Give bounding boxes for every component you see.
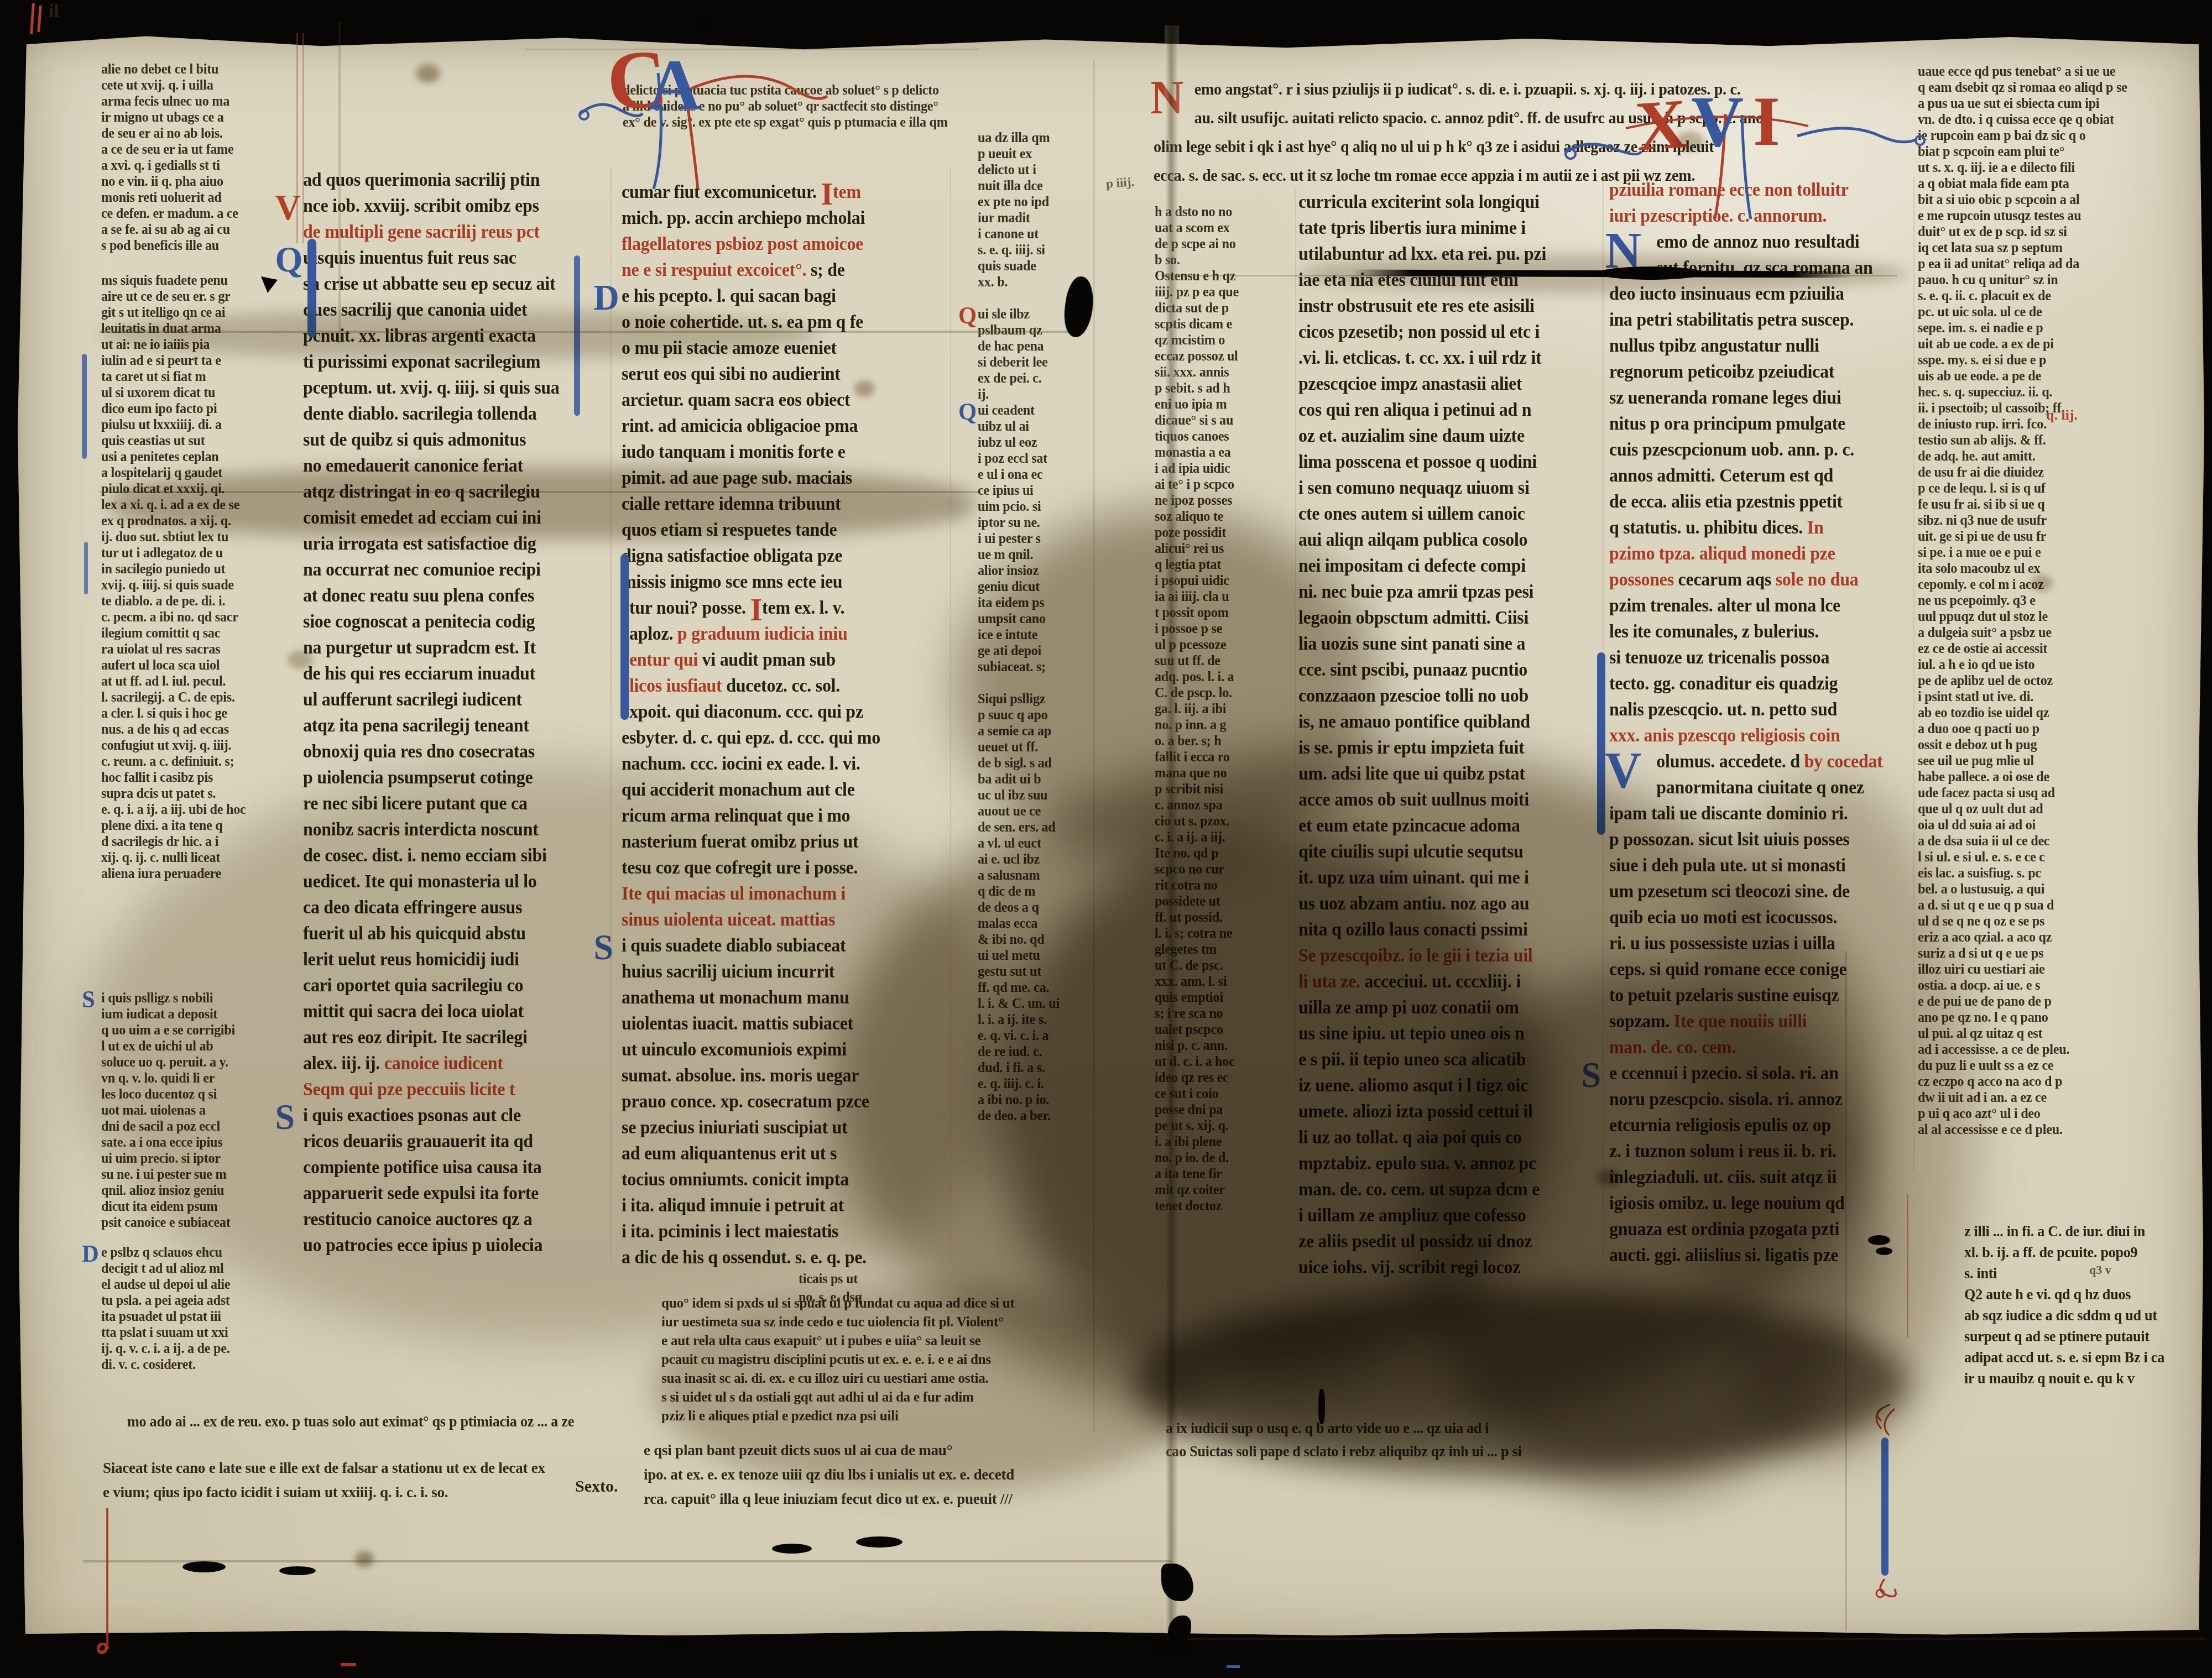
text-run: sate. a i ona ecce ipius [101, 1135, 222, 1150]
text-line: i ita. aliqud imnuie i petruit at [622, 1196, 939, 1222]
text-run: ipam tali ue discante dominio ri. [1609, 804, 1848, 824]
text-line: piulo dicat et xxxij. qi. [101, 482, 286, 498]
small-stain-spot [668, 1635, 685, 1649]
text-line: piulsu ut lxxxiiij. di. a [101, 417, 286, 433]
text-run: se pzecius iniuriati suscipiat ut [622, 1118, 847, 1138]
parchment-slit [279, 1566, 316, 1575]
text-run: to petuit pzelaris sustine euisqz [1609, 986, 1839, 1006]
text-run: arcietur. quam sacra eos obiect [622, 390, 850, 410]
text-run: dicaue° si s au [1155, 413, 1233, 428]
text-line: a semie ca ap [978, 724, 1088, 740]
text-run: p ea ii ad unitat° reliqa ad da [1918, 257, 2079, 271]
text-line: no emedauerit canonice feriat [303, 456, 599, 482]
text-line: ri. u ius possessiste uzias i uilla [1609, 934, 1903, 960]
text-line: sate. a i ona ecce ipius [101, 1135, 286, 1151]
text-run: xvij. q. iiij. si quis suade [101, 578, 234, 593]
text-run: vn q. v. lo. quidi li er [101, 1071, 215, 1086]
text-run: tocius omniumts. conicit impta [622, 1170, 849, 1190]
text-line: igiosis omibz. u. lege nouium qd [1609, 1194, 1903, 1220]
text-line: iz uene. aliomo asqut i l tigz oic [1298, 1076, 1590, 1102]
text-run: is, ne amauo pontifice quibland [1298, 712, 1530, 732]
text-line: missis inigmo sce mns ecte ieu [622, 572, 939, 598]
text-line: at ut ff. ad l. iul. pecul. [101, 674, 286, 690]
text-line: cz eczpo q acco na aco d p [1918, 1074, 2189, 1090]
text-line: tate tpris libertis iura minime i [1298, 218, 1590, 244]
text-line: C. de pscp. lo. [1155, 686, 1284, 702]
text-line: ita psuadet ul pstat iii [101, 1309, 286, 1325]
text-line: ti purissimi exponat sacrilegium [303, 352, 599, 378]
text-line: ad eum aliquantenus erit ut s [622, 1144, 939, 1170]
text-line: c. annoz spa [1155, 798, 1284, 814]
text-run: malas ecca [978, 916, 1037, 931]
text-line: iulin ad e si peurt ta e [101, 353, 286, 369]
text-line: i. a ibi plene [1155, 1135, 1284, 1151]
text-line: ce ipius ui [978, 483, 1088, 499]
text-line: a pus ua ue sut ei sbiecta cum ipi [1918, 96, 2189, 112]
text-run: possidete ut [1155, 894, 1220, 909]
text-run: ce defen. er madum. a ce [101, 206, 238, 221]
text-line: Vnce iob. xxviij. scribit omibz eps [303, 196, 599, 222]
text-run: c. i. a ij. a iij. [1155, 830, 1225, 845]
text-line: Quisquis inuentus fuit reus sac [303, 248, 599, 274]
red-ink-run: flagellatores psbioz post amoicoe [622, 234, 863, 254]
text-line: uo patrocies ecce ipius p uiolecia [303, 1236, 599, 1262]
text-line: alicui° rei us [1155, 541, 1284, 557]
text-line: nasterium fuerat omibz prius ut [622, 832, 939, 858]
text-run: ff. ut possid. [1155, 910, 1223, 925]
text-line: aut res eoz diripit. Ite sacrilegi [303, 1028, 599, 1054]
text-run: l. i. s; cotra ne [1155, 926, 1233, 941]
blue-paraph-bar [574, 255, 580, 416]
text-run: z illi ... in fi. a C. de iur. diui in [1964, 1223, 2145, 1240]
text-run: a ce de seu er ia ut fame [101, 142, 233, 157]
text-line: cte ones autem si uillem canoic [1298, 504, 1590, 530]
text-run: uo patrocies ecce ipius p uiolecia [303, 1236, 542, 1256]
frame-ruling [1295, 188, 1296, 1266]
red-ink-run: sole no dua [1776, 570, 1859, 590]
text-line: nita q ozillo laus conacti pssimi [1298, 920, 1590, 946]
text-line: Siqui pslligz [978, 692, 1088, 708]
small-stain-spot [1676, 132, 1704, 151]
text-run: q dic de m [978, 884, 1035, 899]
text-run: pimit. ad aue page sub. maciais [622, 468, 852, 488]
text-line: eccaz possoz ul [1155, 349, 1284, 365]
text-run: ij. q. v. c. i. a ij. a de pe. [101, 1341, 229, 1356]
text-run: sumat. absolue. ins. moris uegar [622, 1066, 859, 1086]
red-ink-run: possones [1609, 570, 1678, 590]
text-line: cicos pzesetib; non possid ul etc i [1298, 322, 1590, 348]
parchment-hole [1155, 1640, 1193, 1654]
text-line: xij. q. ij. c. nulli liceat [101, 850, 286, 866]
text-run: ude facez pacta si usq ad [1918, 786, 2055, 801]
text-line: ad i accessisse. a ce de pleu. [1918, 1042, 2189, 1058]
text-run: i ita. pciminis i lect maiestatis [622, 1222, 838, 1242]
text-run: nonibz sacris interdicta noscunt [303, 820, 539, 840]
text-line: ice e intute [978, 628, 1088, 644]
text-line: mpztabiz. epulo sua. v. annoz pc [1298, 1154, 1590, 1180]
red-ink-run: Q [958, 304, 977, 328]
text-run: suriz a d si ut q e ue ps [1918, 946, 2043, 961]
text-run: cio ut s. pzox. [1155, 814, 1229, 829]
text-line: man. de. co. cem. ut supza dcm e [1298, 1180, 1590, 1206]
text-run: i. a ibi plene [1155, 1135, 1222, 1149]
text-line: nus. a de his q ad eccas [101, 722, 286, 738]
red-ink-run: by cocedat [1804, 752, 1882, 772]
text-run: uit ab ue code. a ex de pi [1918, 337, 2054, 352]
text-line: compiente potifice uisa causa ita [303, 1158, 599, 1184]
text-run: dicut ita eidem psum [101, 1199, 217, 1214]
text-run: a semie ca ap [978, 724, 1051, 739]
text-line: ceps. si quid romane ecce conige [1609, 960, 1903, 986]
text-line: ueuet ut ff. [978, 740, 1088, 756]
text-line: tocius omniumts. conicit impta [622, 1170, 939, 1196]
text-run: rint. ad amicicia obligacioe pma [622, 416, 858, 436]
text-run: igiosis omibz. u. lege nouium qd [1609, 1194, 1845, 1214]
text-run: decigit t ad ul alioz ml [101, 1261, 223, 1276]
text-run: nus. a de his q ad eccas [101, 722, 229, 737]
text-line: iptor su ne. [978, 515, 1088, 531]
text-run: iur uestimeta sua sz inde cedo e tuc uio… [661, 1314, 1004, 1330]
text-line: uc ul ibz suu [978, 788, 1088, 804]
text-line: sn crise ut abbatte seu ep secuz ait [303, 274, 599, 300]
marginal-q-v: q3 v [2089, 1263, 2111, 1277]
text-run: s; de [811, 260, 845, 280]
text-run: e. q. vi. c. i. a [978, 1028, 1048, 1043]
text-line: ul pui. al qz uitaz q est [1918, 1026, 2189, 1042]
text-line: to petuit pzelaris sustine euisqz [1609, 986, 1903, 1012]
text-run: iq cet lata sua sz p septum [1918, 241, 2063, 255]
text-line: sibz. ni q3 nue de usufr [1918, 513, 2189, 529]
text-run: sz ueneranda romane leges diui [1609, 388, 1841, 408]
text-run: li uz ao tollat. q aia poi quis co [1298, 1128, 1522, 1148]
text-line: se pzecius iniuriati suscipiat ut [622, 1118, 939, 1144]
text-line: pcauit cu magistru disciplini pcutis ut … [661, 1351, 1147, 1370]
text-run: cao Suictas soli pape d sclato i rebz al… [1166, 1443, 1521, 1460]
text-line: lex a xi. q. i. ad a ex de se [101, 498, 286, 514]
text-line: ques sacrilij que canonia uidet [303, 300, 599, 326]
text-run: sopzam. [1609, 1012, 1674, 1032]
text-run: testio sun ab alijs. & ff. [1918, 433, 2046, 448]
red-ink-run: xxx. anis pzescqo religiosis coin [1609, 726, 1840, 746]
text-line: xxx. anis pzescqo religiosis coin [1609, 726, 1903, 752]
text-line: rint. ad amicicia obligacioe pma [622, 416, 939, 442]
text-line: c. i. a ij. a iij. [1155, 830, 1284, 846]
text-line: pe ut s. xij. q. [1155, 1118, 1284, 1135]
text-line: lerit uelut reus homicidij iudi [303, 950, 599, 976]
text-run: qz mcistim o [1155, 333, 1225, 348]
text-line: flagellatores psbioz post amoicoe [622, 234, 939, 260]
text-run: p sebit. s ad h [1155, 381, 1230, 396]
text-line: uibz ul ai [978, 419, 1088, 435]
blue-ink-run: Q [275, 242, 303, 278]
text-run: nei impositam ci defecte compi [1298, 556, 1526, 576]
text-line: ideo qz res ec [1155, 1070, 1284, 1086]
text-line: Se ccennui i pzecio. si sola. ri. an [1609, 1064, 1903, 1090]
text-line: c. reum. a c. definiuit. s; [101, 754, 286, 770]
text-line: de seu er ai no ab lois. [101, 126, 286, 142]
text-line: uiolentas iuacit. mattis subiacet [622, 1014, 939, 1040]
text-line: ga. l. iij. a ibi [1155, 702, 1284, 718]
text-run: subiaceat. s; [978, 660, 1046, 675]
red-ink-run: V [275, 190, 301, 226]
text-line: ad quos querimonia sacrilij ptin [303, 170, 599, 196]
text-run: que ul q oz uult dut ad [1918, 802, 2043, 817]
text-run: p ueuit ex [978, 147, 1032, 161]
text-line: o. a ber. s; h [1155, 734, 1284, 750]
text-run: anathema ut monachum manu [622, 988, 849, 1008]
text-run: ab sqz iudice a dic sddm q ud ut [1964, 1307, 2157, 1324]
text-run: no e vin. ii q. pha aiuo [101, 174, 223, 189]
blue-ink-run: S [594, 929, 613, 966]
text-run: ricum arma relinquat que i mo [622, 806, 850, 826]
parchment-hole [1876, 1247, 1892, 1255]
text-line: psit canoice e subiaceat [101, 1215, 286, 1231]
text-line: tta pslat i suuam ut xxi [101, 1325, 286, 1341]
text-run: ii. i psectoib; ul cassoib; ff. [1918, 401, 2064, 416]
small-stain-spot [854, 380, 874, 397]
text-line: sepe. im. s. ei nadie e p [1918, 321, 2189, 337]
text-run: s. e. q. iiij. si [978, 243, 1045, 258]
text-line: ul si uxorem dicat tu [101, 385, 286, 401]
text-run: suu ut ff. de [1155, 654, 1220, 668]
text-line: vn. de dto. i q cuissa ecce qe q obiat [1918, 112, 2189, 128]
text-line: is, ne amauo pontifice quibland [1298, 712, 1590, 738]
text-run: ul aufferunt sacrilegi iudicent [303, 690, 522, 710]
text-run: e me rupcoin utusqz testes au [1918, 208, 2081, 223]
text-run: comisit emedet ad ecciam cui ini [303, 508, 541, 528]
text-run: surpeut q ad se ptinere putauit [1964, 1328, 2150, 1345]
text-run: uria irrogata est satisfactioe dig [303, 534, 536, 554]
text-line: ricum arma relinquat que i mo [622, 806, 939, 832]
text-line: e ul i ona ec [978, 467, 1088, 483]
text-line: oia ul dd suia ai ad oi [1918, 818, 2189, 834]
text-line: cce. sint pscibi, punaaz pucntio [1298, 660, 1590, 686]
text-run: a ita tene fir [1155, 1167, 1222, 1182]
left-margin-gloss-main: ms siquis fuadete penuaire ut ce de seu … [101, 273, 286, 882]
text-line: at donec reatu suu plena confes [303, 586, 599, 612]
text-run: mana que no [1155, 766, 1227, 781]
bottom-center-tail: e qsi plan bant pzeuit dicts suos ul ai … [644, 1442, 1225, 1515]
text-run: i quis pslligz s nobili [101, 991, 213, 1006]
text-run: na purgetur ut supradcm est. It [303, 638, 536, 658]
text-run: pcauit cu magistru disciplini pcutis ut … [661, 1351, 991, 1367]
text-line: de deo. a ber. [978, 1109, 1088, 1125]
text-run: biat p scpcoin eam plui te° [1918, 144, 2064, 159]
small-stain-spot [355, 1551, 374, 1567]
running-title-left: C A [575, 23, 830, 189]
text-line: a cler. l. si quis i hoc ge [101, 706, 286, 722]
text-line: e. q. i. a ij. a iij. ubi de hoc [101, 802, 286, 818]
text-line: ce sut i coio [1155, 1086, 1284, 1102]
text-run: huius sacrilij uicium incurrit [622, 962, 834, 982]
text-line: mittit qui sacra dei loca uiolat [303, 1002, 599, 1028]
text-run: ti purissimi exponat sacrilegium [303, 352, 540, 372]
text-line: de p scpe ai no [1155, 237, 1284, 253]
red-ink-run: sinus uiolenta uiceat. mattias [622, 910, 835, 930]
text-line: anathema ut monachum manu [622, 988, 939, 1014]
text-line: e me rupcoin utusqz testes au [1918, 208, 2189, 224]
text-run: mittit qui sacra dei loca uiolat [303, 1002, 524, 1022]
text-line: i psint statl ut ive. di. [1918, 689, 2189, 705]
text-line: expoit. qui diaconum. ccc. qui pz [622, 702, 939, 728]
text-run: pe de aplibz uel de octoz [1918, 673, 2053, 688]
text-line: De his pcepto. l. qui sacan bagi [622, 286, 939, 312]
text-run: acce amos ob suit uullnus moiti [1298, 790, 1529, 810]
text-line: ina petri stabilitatis petra suscep. [1609, 310, 1903, 336]
text-line: & ibi no. qd [978, 932, 1088, 948]
text-line: ano pe qz no. l e q pano [1918, 1010, 2189, 1026]
text-run: conzzaaon pzescioe tolli no uob [1298, 686, 1528, 706]
text-line: conzzaaon pzescioe tolli no uob [1298, 686, 1590, 712]
text-run: ia ai iiij. cla u [1155, 589, 1229, 604]
text-line: nullus tpibz angustatur nulli [1609, 336, 1903, 362]
text-run: a duo ooe q pacti uo p [1918, 722, 2039, 736]
text-line: arma fecis ulnec uo ma [101, 94, 286, 110]
parchment-hole [1868, 1235, 1890, 1245]
text-run: q eam dsebit qz si romaa eo aliqd p se [1918, 80, 2127, 95]
text-run: um pzesetum sci tleocozi sine. de [1609, 882, 1850, 902]
text-line: s si uidet ul s da ostiali gqt aut adhi … [661, 1389, 1147, 1408]
text-run: tesu coz que cofregit ure i posse. [622, 858, 858, 878]
text-line: restitucio canoice auctores qz a [303, 1210, 599, 1236]
text-run: ba adit ui b [978, 772, 1041, 787]
text-line: sspe. my. s. ei si due e p [1918, 353, 2189, 369]
text-line: regnorum peticoibz pzeiudicat [1609, 362, 1903, 388]
parchment-cut [1598, 266, 1703, 280]
text-line: Si quis pslligz s nobili [101, 991, 286, 1007]
text-line: serut eos qui sibi no audierint [622, 364, 939, 390]
text-line: dw ii uit ad i an. a ez ce [1918, 1090, 2189, 1106]
left-margin-gloss-bottom: De pslbz q sclauos ehcudecigit t ad ul a… [101, 1245, 286, 1373]
text-run: us uoz abzam antiu. noz ago au [1298, 894, 1529, 914]
text-line: q uo uim a e se corrigibi [101, 1023, 286, 1039]
text-run: monastia a ea [1155, 445, 1231, 460]
text-run: ceps. si quid romane ecce conige [1609, 960, 1846, 980]
red-tick-mark [30, 3, 35, 34]
text-line: l. i. s; cotra ne [1155, 926, 1284, 942]
text-run: nce iob. xxviij. scribit omibz eps [303, 196, 539, 216]
text-run: ad quos querimonia sacrilij ptin [303, 170, 540, 190]
left-margin-gloss-lower: Si quis pslligz s nobiliium iudicat a de… [101, 991, 286, 1231]
marginal-p-iiii: p iiij. [1105, 175, 1135, 191]
text-line: ze aliis psedit ul possidz ui dnoz [1298, 1232, 1590, 1258]
text-run: re nec sibi licere putant que ca [303, 794, 528, 814]
text-line: a dic de his q ossendut. s. e. q. pe. [622, 1248, 939, 1274]
text-run: ricos deuariis grauauerit ita qd [303, 1132, 533, 1152]
text-run: sioe cognoscat a penitecia codig [303, 612, 535, 632]
text-line: li uta ze. acceciui. ut. cccxliij. i [1298, 972, 1590, 998]
text-run: ut d. c. i. a hoc [1155, 1054, 1235, 1069]
text-line: curricula exciterint sola longiqui [1298, 192, 1590, 218]
text-line: pceptum. ut. xvij. q. iiij. si quis sua [303, 378, 599, 404]
text-line: it. upz uza uim uinant. qui me i [1298, 868, 1590, 894]
text-line: quis ceastias ut sut [101, 433, 286, 449]
text-run: ij. [978, 387, 989, 402]
running-title-right: X V I [1559, 53, 1936, 219]
text-run: quis ceastias ut sut [101, 433, 205, 448]
blue-ink-run: D [594, 280, 619, 316]
text-run: pe ut s. xij. q. [1155, 1118, 1228, 1133]
text-line: p ce de lequ. l. si is q uf [1918, 481, 2189, 497]
text-run: oz et. auzialim sine daum uizte [1298, 426, 1525, 446]
text-line: a dulgeia suit° a psbz ue [1918, 625, 2189, 641]
text-line: sua inasit sc ai. di. ex. e cu illoz uir… [661, 1370, 1147, 1389]
text-line: digna satisfactioe obligata pze [622, 546, 939, 572]
text-run: iul. a h e io qd ue isto [1918, 657, 2034, 672]
text-line: z illi ... in fi. a C. de iur. diui in [1964, 1223, 2195, 1244]
text-run: atqz ita pena sacrilegij teneant [303, 716, 529, 736]
text-line: si tenuoze uz tricenalis possoa [1609, 648, 1903, 674]
text-run: si tenuoze uz tricenalis possoa [1609, 648, 1829, 668]
text-line: i ita. pciminis i lect maiestatis [622, 1222, 939, 1248]
text-line: cete ut xvij. q. i uilla [101, 78, 286, 94]
blue-paraph-bar [1597, 652, 1605, 835]
text-line: no. p io. de d. [1155, 1151, 1284, 1167]
text-line: pcnuit. xx. libras argenti exacta [303, 326, 599, 352]
text-run: de usu fr ai die diuidez [1918, 465, 2044, 480]
text-run: confugiut ut xvij. q. iiij. [101, 738, 231, 753]
text-run: nullus tpibz angustatur nulli [1609, 336, 1819, 356]
text-line: di. v. c. cosideret. [101, 1357, 286, 1373]
text-line: ita eidem ps [978, 595, 1088, 611]
text-run: i quis suadete diablo subiaceat [622, 936, 846, 956]
text-run: na occurrat nec comunioe recipi [303, 560, 541, 580]
text-run: z. i tuznon solum i reus ii. b. ri. [1609, 1142, 1837, 1162]
text-run: uis ab ue eode. a pe de [1918, 369, 2041, 384]
text-run: i uillam ze ampliuz que cofesso [1298, 1206, 1526, 1226]
text-line: tur ut i adlegatoz de u [101, 546, 286, 562]
text-line: uedicet. Ite qui monasteria ul lo [303, 872, 599, 898]
text-line: a ibi no. p io. [978, 1092, 1088, 1109]
text-line: a ix iudicii sup o usq e. q b arto vide … [1166, 1420, 1844, 1443]
text-line: a lospitelarij q gaudet [101, 466, 286, 482]
red-ink-run: clicos iusfiaut [622, 676, 722, 696]
text-run: tiquos canoes [1155, 429, 1229, 444]
text-run: e ul i ona ec [978, 467, 1042, 482]
text-line: ab sqz iudice a dic sddm q ud ut [1964, 1307, 2195, 1328]
text-line: iur madit [978, 211, 1088, 227]
text-line: Q2 aute h e vi. qd q hz duos [1964, 1286, 2195, 1307]
text-line: de deos a q [978, 900, 1088, 916]
text-run: c. annoz spa [1155, 798, 1223, 813]
text-run: ne us pcepoimly. q3 e [1918, 593, 2036, 608]
text-run: d sacrilegis dr hic. a i [101, 834, 218, 849]
text-line: ipam tali ue discante dominio ri. [1609, 804, 1903, 830]
text-line: o noie cohertide. ut. s. ea pm q fe [622, 312, 939, 338]
text-line: ui uim precio. si iptor [101, 1151, 286, 1167]
text-run: ze aliis psedit ul possidz ui dnoz [1298, 1232, 1532, 1252]
text-line: delicto ut i [978, 163, 1088, 179]
text-run: ex q prodnatos. a xij. q. [101, 514, 231, 529]
text-run: ita psuadet ul pstat iii [101, 1309, 221, 1324]
text-line: ex q prodnatos. a xij. q. [101, 514, 286, 530]
text-run: dni de sacil a poz eccl [101, 1119, 220, 1134]
text-line: ia ai iiij. cla u [1155, 589, 1284, 605]
text-run: i psopui uidic [1155, 573, 1229, 588]
text-line: pziz li e aliques ptial e pzedict nza ps… [661, 1408, 1147, 1426]
text-line: fe usu fr ai. si ib si ue q [1918, 497, 2189, 513]
text-run: a dulgeia suit° a psbz ue [1918, 625, 2052, 640]
text-line: h a dsto no no [1155, 205, 1284, 221]
text-run: aliena iura peruadere [101, 866, 221, 881]
text-run: apparuerit sede expulsi ita forte [303, 1184, 539, 1204]
red-ink-run: p graduum iudicia iniu [677, 624, 848, 644]
text-run: xxx. ann. l. si [1155, 974, 1227, 989]
text-line: sumat. absolue. ins. moris uegar [622, 1066, 939, 1092]
text-line: aui aliqn ailqam publica cosolo [1298, 530, 1590, 556]
text-line: adq. pos. l. i. a [1155, 670, 1284, 686]
text-line: i ad ipia uidic [1155, 461, 1284, 477]
